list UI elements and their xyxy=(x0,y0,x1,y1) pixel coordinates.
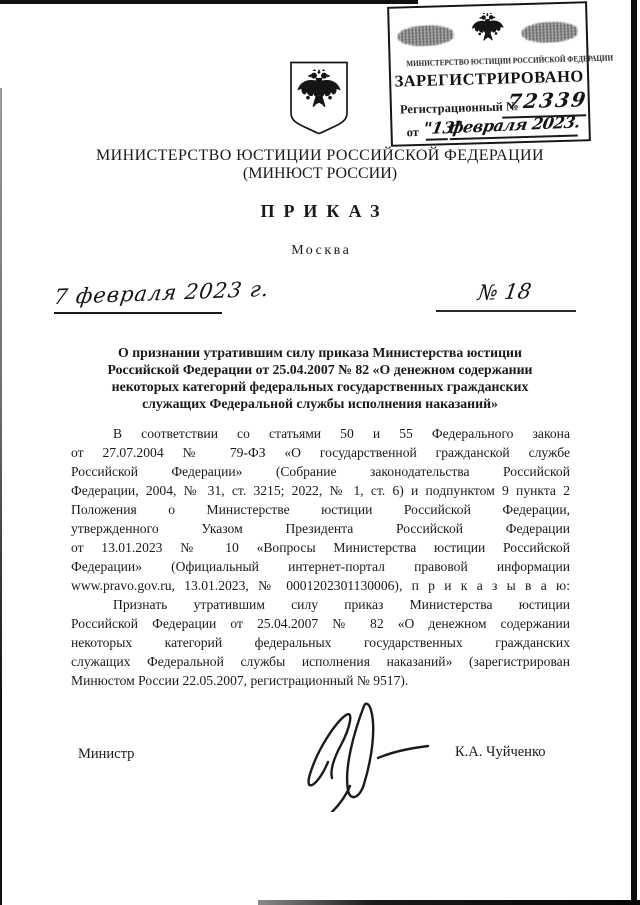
signer-position: Министр xyxy=(78,746,134,763)
text-line: www.pravo.gov.ru, 13.01.2023, № 00012023… xyxy=(71,576,570,595)
russia-coat-of-arms-icon xyxy=(287,60,351,140)
stamp-left-emblem-smudge xyxy=(397,24,454,47)
stamp-right-emblem-smudge xyxy=(521,21,578,44)
stamp-date-prefix: от xyxy=(406,125,419,140)
handwritten-date: 7 февраля 2023 г. xyxy=(52,277,271,309)
stamp-date-day-underline xyxy=(426,138,448,140)
text-line: от 27.07.2004 № 79-ФЗ «О государственной… xyxy=(71,443,570,462)
text-line: служащих Федеральной службы исполнения н… xyxy=(71,652,570,671)
text-line: Признать утратившим силу приказ Министер… xyxy=(71,595,570,614)
text-line: Российской Федерации» (Собрание законода… xyxy=(71,462,570,481)
stamp-eagle-icon xyxy=(470,10,505,53)
body-paragraph-resolution: Признать утратившим силу приказ Министер… xyxy=(71,595,570,690)
order-title: О признании утратившим силу приказа Мини… xyxy=(70,344,570,412)
text-line: Федерации, 2004, № 31, ст. 3215; 2022, №… xyxy=(71,481,570,500)
text-line: Положения о Министерстве юстиции Российс… xyxy=(71,500,570,519)
signer-name: К.А. Чуйченко xyxy=(455,744,546,761)
stamp-reg-number-handwritten: 72339 xyxy=(506,87,589,113)
ministry-name: МИНИСТЕРСТВО ЮСТИЦИИ РОССИЙСКОЙ ФЕДЕРАЦИ… xyxy=(0,147,640,165)
handwritten-order-number: № 18 xyxy=(476,279,533,305)
text-line: от 13.01.2023 № 10 «Вопросы Министерства… xyxy=(71,538,570,557)
registration-stamp: МИНИСТЕРСТВО ЮСТИЦИИ РОССИЙСКОЙ ФЕДЕРАЦИ… xyxy=(387,1,591,147)
text-line: Минюстом России 22.05.2007, регистрацион… xyxy=(71,671,570,690)
city-label: Москва xyxy=(0,243,640,259)
text-line: Российской Федерации от 25.04.2007 № 82 … xyxy=(70,361,570,378)
scan-edge-top xyxy=(0,0,418,4)
scan-edge-bottom xyxy=(258,900,640,905)
stamp-ministry-line: МИНИСТЕРСТВО ЮСТИЦИИ РОССИЙСКОЙ ФЕДЕРАЦИ… xyxy=(406,54,571,69)
text-line: Российской Федерации от 25.04.2007 № 82 … xyxy=(71,614,570,633)
text-line: некоторых категорий федеральных государс… xyxy=(70,378,570,395)
minister-signature xyxy=(288,700,448,817)
text-line: некоторых категорий федеральных государс… xyxy=(71,633,570,652)
ministry-short-name: (МИНЮСТ РОССИИ) xyxy=(0,165,640,183)
text-line: О признании утратившим силу приказа Мини… xyxy=(70,344,570,361)
text-line: утвержденного Указом Президента Российск… xyxy=(71,519,570,538)
scan-edge-right xyxy=(631,0,637,905)
number-underline xyxy=(436,310,576,312)
stamp-reg-number-label: Регистрационный № xyxy=(400,99,519,117)
text-line: В соответствии со статьями 50 и 55 Федер… xyxy=(71,424,570,443)
text-line: служащих Федеральной службы исполнения н… xyxy=(70,395,570,412)
stamp-date-month-year-handwritten: февраля 2023. xyxy=(448,112,582,137)
date-underline xyxy=(54,312,222,314)
order-body: В соответствии со статьями 50 и 55 Федер… xyxy=(71,424,570,690)
body-paragraph-preamble: В соответствии со статьями 50 и 55 Федер… xyxy=(71,424,570,595)
text-line: Федерации» (Официальный интернет-портал … xyxy=(71,557,570,576)
document-page: МИНИСТЕРСТВО ЮСТИЦИИ РОССИЙСКОЙ ФЕДЕРАЦИ… xyxy=(0,0,640,905)
document-type-title: ПРИКАЗ xyxy=(0,201,640,222)
